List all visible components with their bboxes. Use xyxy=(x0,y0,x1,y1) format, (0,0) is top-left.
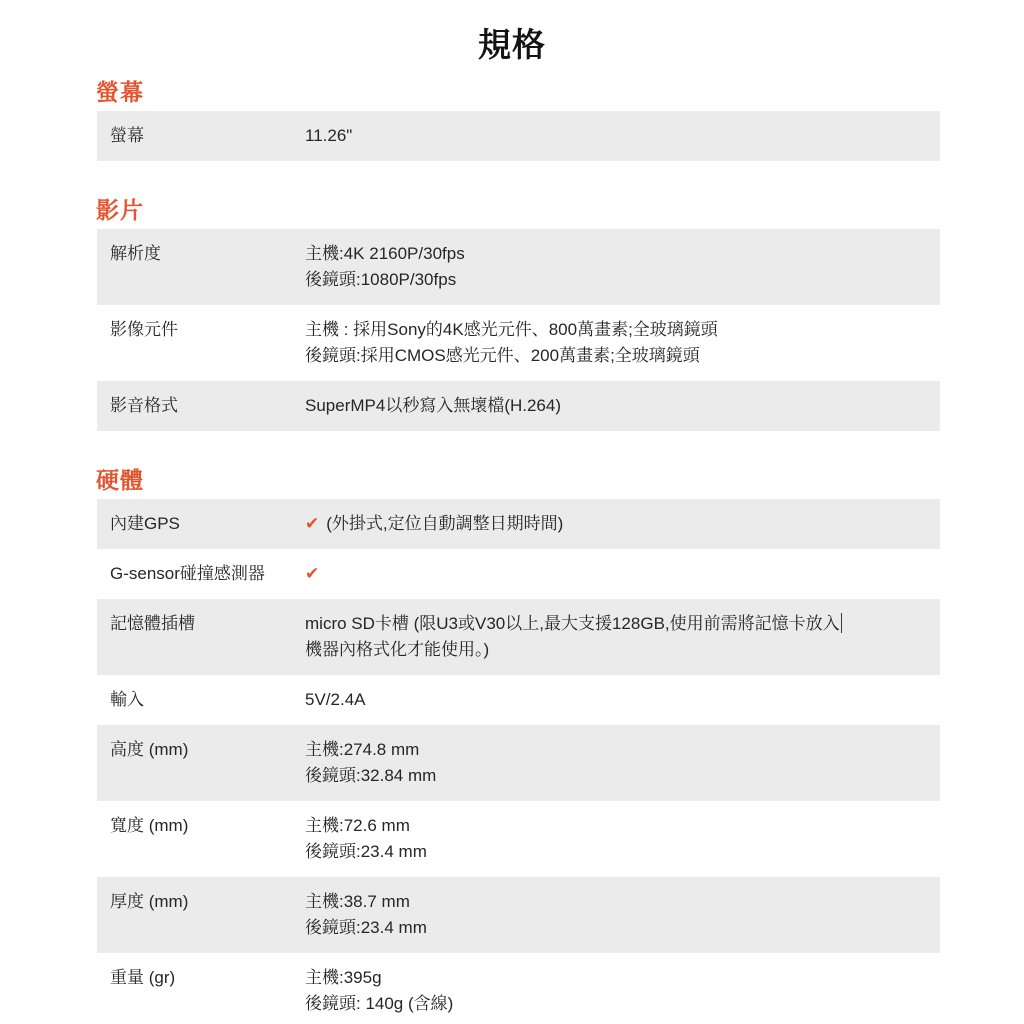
value-text: 主機:4K 2160P/30fps xyxy=(305,244,465,263)
row-label: 螢幕 xyxy=(110,123,305,149)
row-value: 主機:72.6 mm後鏡頭:23.4 mm xyxy=(305,813,427,865)
row-label: 解析度 xyxy=(110,241,305,267)
spec-section: 影片解析度主機:4K 2160P/30fps後鏡頭:1080P/30fps影像元… xyxy=(0,196,1024,431)
spec-row: 重量 (gr)主機:395g後鏡頭: 140g (含線) xyxy=(97,953,940,1024)
spec-row: 影音格式SuperMP4以秒寫入無壞檔(H.264) xyxy=(97,381,940,431)
value-text: 機器內格式化才能使用。) xyxy=(305,640,489,659)
row-label: 影音格式 xyxy=(110,393,305,419)
row-value: 主機 : 採用Sony的4K感光元件、800萬畫素;全玻璃鏡頭後鏡頭:採用CMO… xyxy=(305,317,718,369)
spec-row: 高度 (mm)主機:274.8 mm後鏡頭:32.84 mm xyxy=(97,725,940,801)
spec-row: G-sensor碰撞感測器✔ xyxy=(97,549,940,599)
section-heading: 螢幕 xyxy=(96,78,1024,106)
row-value: 5V/2.4A xyxy=(305,687,366,713)
spec-row: 螢幕11.26" xyxy=(97,111,940,161)
value-text: 主機 : 採用Sony的4K感光元件、800萬畫素;全玻璃鏡頭 xyxy=(305,320,718,339)
value-line: 主機:395g xyxy=(305,965,453,991)
text-caret xyxy=(841,613,843,633)
value-text: 後鏡頭:32.84 mm xyxy=(305,766,436,785)
row-label: 高度 (mm) xyxy=(110,737,305,763)
spec-section: 螢幕螢幕11.26" xyxy=(0,78,1024,161)
row-label: 厚度 (mm) xyxy=(110,889,305,915)
row-label: 內建GPS xyxy=(110,511,305,537)
spec-row: 輸入5V/2.4A xyxy=(97,675,940,725)
value-line: micro SD卡槽 (限U3或V30以上,最大支援128GB,使用前需將記憶卡… xyxy=(305,611,842,637)
row-value: micro SD卡槽 (限U3或V30以上,最大支援128GB,使用前需將記憶卡… xyxy=(305,611,842,663)
value-text: 主機:38.7 mm xyxy=(305,892,410,911)
value-text: micro SD卡槽 (限U3或V30以上,最大支援128GB,使用前需將記憶卡… xyxy=(305,614,840,633)
row-value: 主機:395g後鏡頭: 140g (含線) xyxy=(305,965,453,1017)
value-line: ✔(外掛式,定位自動調整日期時間) xyxy=(305,511,563,537)
check-icon: ✔ xyxy=(305,514,319,533)
row-label: 輸入 xyxy=(110,687,305,713)
value-line: SuperMP4以秒寫入無壞檔(H.264) xyxy=(305,393,561,419)
value-text: 5V/2.4A xyxy=(305,690,366,709)
value-text: 後鏡頭:23.4 mm xyxy=(305,842,427,861)
value-line: 11.26" xyxy=(305,123,352,149)
row-value: ✔(外掛式,定位自動調整日期時間) xyxy=(305,511,563,537)
row-label: 記憶體插槽 xyxy=(110,611,305,637)
row-value: ✔ xyxy=(305,561,326,587)
value-line: 機器內格式化才能使用。) xyxy=(305,637,842,663)
spec-row: 記憶體插槽micro SD卡槽 (限U3或V30以上,最大支援128GB,使用前… xyxy=(97,599,940,675)
spec-row: 影像元件主機 : 採用Sony的4K感光元件、800萬畫素;全玻璃鏡頭後鏡頭:採… xyxy=(97,305,940,381)
value-line: 後鏡頭:32.84 mm xyxy=(305,763,436,789)
row-label: G-sensor碰撞感測器 xyxy=(110,561,305,587)
row-label: 影像元件 xyxy=(110,317,305,343)
spec-table: 解析度主機:4K 2160P/30fps後鏡頭:1080P/30fps影像元件主… xyxy=(97,229,940,431)
value-line: 後鏡頭:23.4 mm xyxy=(305,839,427,865)
row-value: 主機:38.7 mm後鏡頭:23.4 mm xyxy=(305,889,427,941)
spec-table: 內建GPS✔(外掛式,定位自動調整日期時間)G-sensor碰撞感測器✔記憶體插… xyxy=(97,499,940,1024)
spec-section: 硬體內建GPS✔(外掛式,定位自動調整日期時間)G-sensor碰撞感測器✔記憶… xyxy=(0,466,1024,1024)
value-text: (外掛式,定位自動調整日期時間) xyxy=(326,514,563,533)
value-text: 主機:395g xyxy=(305,968,382,987)
section-heading: 影片 xyxy=(96,196,1024,224)
value-text: 11.26" xyxy=(305,126,352,145)
value-line: 後鏡頭:23.4 mm xyxy=(305,915,427,941)
value-line: 主機 : 採用Sony的4K感光元件、800萬畫素;全玻璃鏡頭 xyxy=(305,317,718,343)
page-title: 規格 xyxy=(0,0,1024,65)
value-line: 主機:38.7 mm xyxy=(305,889,427,915)
spec-row: 寬度 (mm)主機:72.6 mm後鏡頭:23.4 mm xyxy=(97,801,940,877)
value-line: ✔ xyxy=(305,561,326,587)
section-heading: 硬體 xyxy=(96,466,1024,494)
spec-table: 螢幕11.26" xyxy=(97,111,940,161)
value-line: 後鏡頭:1080P/30fps xyxy=(305,267,465,293)
value-text: 後鏡頭:採用CMOS感光元件、200萬畫素;全玻璃鏡頭 xyxy=(305,346,700,365)
row-value: 主機:4K 2160P/30fps後鏡頭:1080P/30fps xyxy=(305,241,465,293)
value-line: 後鏡頭: 140g (含線) xyxy=(305,991,453,1017)
value-text: 後鏡頭:1080P/30fps xyxy=(305,270,456,289)
value-text: 主機:72.6 mm xyxy=(305,816,410,835)
value-text: 主機:274.8 mm xyxy=(305,740,419,759)
value-text: SuperMP4以秒寫入無壞檔(H.264) xyxy=(305,396,561,415)
row-label: 寬度 (mm) xyxy=(110,813,305,839)
spec-row: 厚度 (mm)主機:38.7 mm後鏡頭:23.4 mm xyxy=(97,877,940,953)
value-line: 後鏡頭:採用CMOS感光元件、200萬畫素;全玻璃鏡頭 xyxy=(305,343,718,369)
value-text: 後鏡頭:23.4 mm xyxy=(305,918,427,937)
row-value: 11.26" xyxy=(305,123,352,149)
value-line: 主機:4K 2160P/30fps xyxy=(305,241,465,267)
spec-sections: 螢幕螢幕11.26"影片解析度主機:4K 2160P/30fps後鏡頭:1080… xyxy=(0,78,1024,1024)
check-icon: ✔ xyxy=(305,564,319,583)
row-value: 主機:274.8 mm後鏡頭:32.84 mm xyxy=(305,737,436,789)
value-line: 5V/2.4A xyxy=(305,687,366,713)
spec-row: 解析度主機:4K 2160P/30fps後鏡頭:1080P/30fps xyxy=(97,229,940,305)
row-label: 重量 (gr) xyxy=(110,965,305,991)
row-value: SuperMP4以秒寫入無壞檔(H.264) xyxy=(305,393,561,419)
spec-row: 內建GPS✔(外掛式,定位自動調整日期時間) xyxy=(97,499,940,549)
value-line: 主機:72.6 mm xyxy=(305,813,427,839)
value-line: 主機:274.8 mm xyxy=(305,737,436,763)
value-text: 後鏡頭: 140g (含線) xyxy=(305,994,453,1013)
spec-page: 規格 螢幕螢幕11.26"影片解析度主機:4K 2160P/30fps後鏡頭:1… xyxy=(0,0,1024,1024)
